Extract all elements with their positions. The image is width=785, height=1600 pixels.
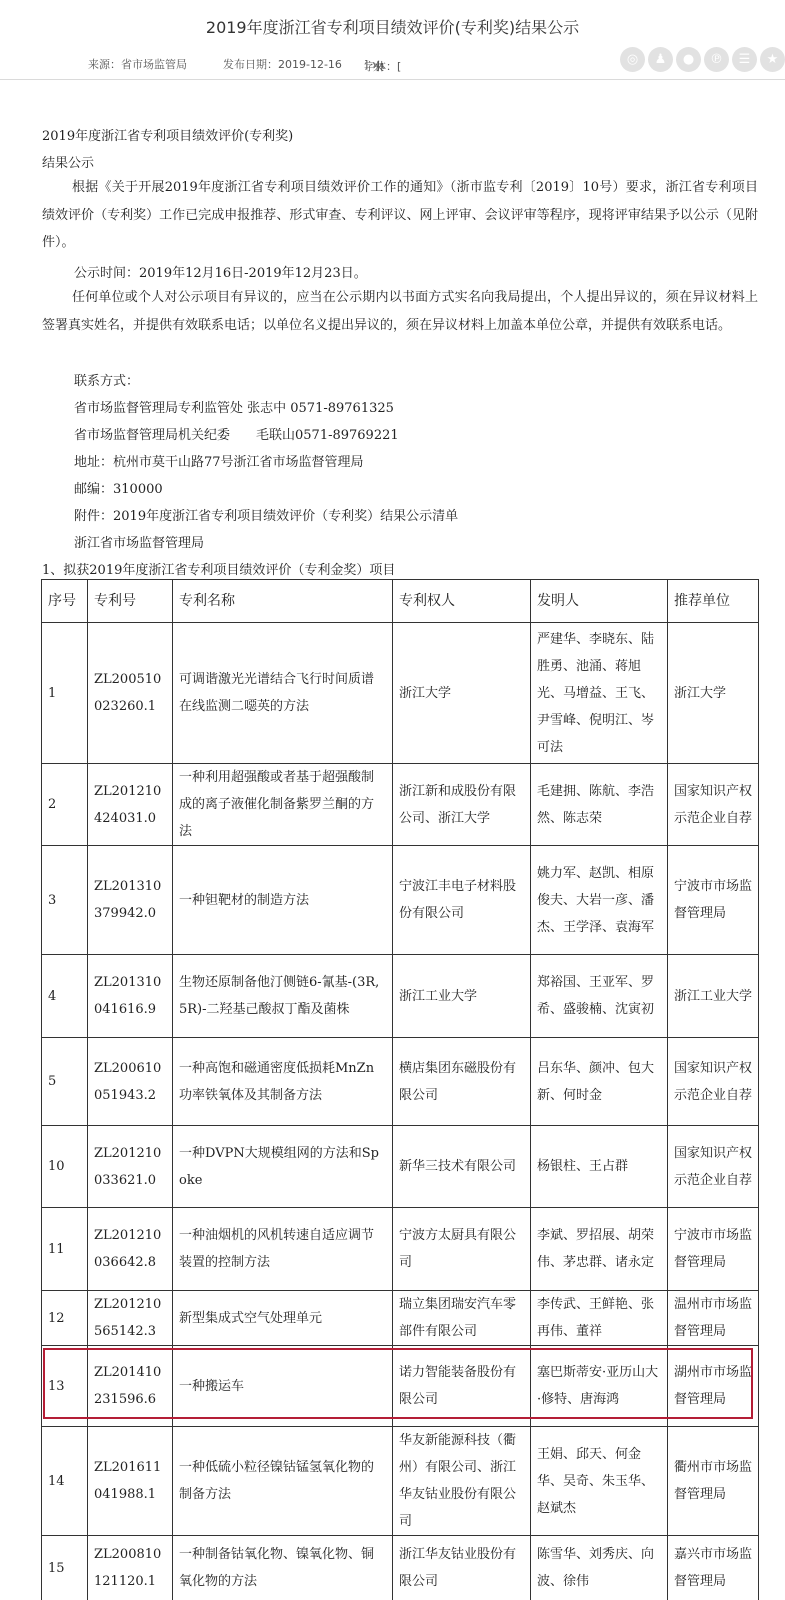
col-header-patent-name: 专利名称	[173, 580, 393, 623]
cell-patent-no: ZL200510023260.1	[88, 623, 173, 764]
cell-no: 12	[42, 1291, 88, 1346]
cell-no: 15	[42, 1536, 88, 1600]
cell-recommender: 浙江工业大学	[668, 955, 759, 1038]
qq-icon[interactable]: ♟	[648, 47, 673, 72]
cell-inventors: 塞巴斯蒂安·亚历山大·修特、唐海鸿	[531, 1346, 668, 1427]
col-header-holder: 专利权人	[393, 580, 531, 623]
contact-1: 省市场监督管理局专利监管处 张志中 0571-89761325	[74, 397, 394, 416]
table-row: 14ZL201611041988.1一种低硫小粒径镍钴锰氢氧化物的制备方法华友新…	[42, 1427, 759, 1536]
cell-patent-name: 新型集成式空气处理单元	[173, 1291, 393, 1346]
douban-icon[interactable]: ☰	[732, 47, 757, 72]
cell-holder: 宁波江丰电子材料股份有限公司	[393, 846, 531, 955]
font-size-close-bracket: ]	[364, 58, 368, 71]
cell-patent-name: 可调谐激光光谱结合飞行时间质谱在线监测二噁英的方法	[173, 623, 393, 764]
attachment-link[interactable]: 附件：2019年度浙江省专利项目绩效评价（专利奖）结果公示清单	[74, 505, 458, 524]
objection-paragraph: 任何单位或个人对公示项目有异议的，应当在公示期内以书面方式实名向我局提出，个人提…	[42, 284, 758, 339]
postcode: 邮编：310000	[74, 478, 163, 497]
cell-patent-name: 一种高饱和磁通密度低损耗MnZn功率铁氧体及其制备方法	[173, 1038, 393, 1126]
cell-recommender: 国家知识产权示范企业自荐	[668, 764, 759, 846]
table-header-row: 序号 专利号 专利名称 专利权人 发明人 推荐单位	[42, 580, 759, 623]
cell-no: 1	[42, 623, 88, 764]
pinterest-icon[interactable]: ℗	[704, 47, 729, 72]
table-row: 15ZL200810121120.1一种制备钴氧化物、镍氧化物、铜氧化物的方法浙…	[42, 1536, 759, 1600]
cell-holder: 浙江新和成股份有限公司、浙江大学	[393, 764, 531, 846]
cell-recommender: 国家知识产权示范企业自荐	[668, 1126, 759, 1208]
wechat-icon[interactable]: ●	[676, 47, 701, 72]
intro-paragraph: 根据《关于开展2019年度浙江省专利项目绩效评价工作的通知》（浙市监专利〔201…	[42, 174, 758, 257]
cell-inventors: 王娟、邱天、何金华、吴奇、朱玉华、赵斌杰	[531, 1427, 668, 1536]
cell-holder: 横店集团东磁股份有限公司	[393, 1038, 531, 1126]
cell-holder: 诺力智能装备股份有限公司	[393, 1346, 531, 1427]
issuer: 浙江省市场监督管理局	[74, 532, 204, 551]
cell-inventors: 毛建拥、陈航、李浩然、陈志荣	[531, 764, 668, 846]
cell-inventors: 郑裕国、王亚军、罗希、盛骏楠、沈寅初	[531, 955, 668, 1038]
cell-holder: 浙江工业大学	[393, 955, 531, 1038]
cell-patent-name: 一种低硫小粒径镍钴锰氢氧化物的制备方法	[173, 1427, 393, 1536]
table-row-highlighted: 13ZL201410231596.6一种搬运车诺力智能装备股份有限公司塞巴斯蒂安…	[42, 1346, 759, 1427]
cell-recommender: 嘉兴市市场监督管理局	[668, 1536, 759, 1600]
cell-patent-no: ZL201210036642.8	[88, 1208, 173, 1291]
cell-no: 3	[42, 846, 88, 955]
cell-recommender: 温州市市场监督管理局	[668, 1291, 759, 1346]
cell-inventors: 吕东华、颜冲、包大新、何时金	[531, 1038, 668, 1126]
patent-table: 序号 专利号 专利名称 专利权人 发明人 推荐单位 1ZL20051002326…	[41, 579, 759, 1600]
cell-patent-no: ZL201310041616.9	[88, 955, 173, 1038]
cell-patent-no: ZL201210033621.0	[88, 1126, 173, 1208]
cell-patent-name: 一种利用超强酸或者基于超强酸制成的离子液催化制备紫罗兰酮的方法	[173, 764, 393, 846]
cell-holder: 宁波方太厨具有限公司	[393, 1208, 531, 1291]
cell-holder: 华友新能源科技（衢州）有限公司、浙江华友钴业股份有限公司	[393, 1427, 531, 1536]
source-label: 来源：省市场监管局	[88, 56, 187, 72]
cell-patent-no: ZL200610051943.2	[88, 1038, 173, 1126]
contact-2: 省市场监督管理局机关纪委 毛联山0571-89769221	[74, 424, 399, 443]
publicity-period: 公示时间：2019年12月16日-2019年12月23日。	[74, 262, 367, 281]
cell-patent-name: 一种钽靶材的制造方法	[173, 846, 393, 955]
cell-no: 2	[42, 764, 88, 846]
table-row: 5ZL200610051943.2一种高饱和磁通密度低损耗MnZn功率铁氧体及其…	[42, 1038, 759, 1126]
cell-recommender: 宁波市市场监督管理局	[668, 1208, 759, 1291]
cell-patent-no: ZL201410231596.6	[88, 1346, 173, 1427]
cell-inventors: 严建华、李晓东、陆胜勇、池涌、蒋旭光、马增益、王飞、尹雪峰、倪明江、岑可法	[531, 623, 668, 764]
font-size-small-button[interactable]: 小	[373, 58, 384, 74]
cell-patent-name: 一种DVPN大规模组网的方法和Spoke	[173, 1126, 393, 1208]
cell-holder: 新华三技术有限公司	[393, 1126, 531, 1208]
article-heading: 2019年度浙江省专利项目绩效评价(专利奖)	[42, 125, 293, 144]
cell-patent-no: ZL201310379942.0	[88, 846, 173, 955]
table-row: 2ZL201210424031.0一种利用超强酸或者基于超强酸制成的离子液催化制…	[42, 764, 759, 846]
col-header-no: 序号	[42, 580, 88, 623]
cell-recommender: 湖州市市场监督管理局	[668, 1346, 759, 1427]
table-row: 12ZL201210565142.3新型集成式空气处理单元瑞立集团瑞安汽车零部件…	[42, 1291, 759, 1346]
cell-patent-no: ZL201210424031.0	[88, 764, 173, 846]
cell-no: 11	[42, 1208, 88, 1291]
cell-recommender: 国家知识产权示范企业自荐	[668, 1038, 759, 1126]
table-row: 3ZL201310379942.0一种钽靶材的制造方法宁波江丰电子材料股份有限公…	[42, 846, 759, 955]
table-row: 1ZL200510023260.1可调谐激光光谱结合飞行时间质谱在线监测二噁英的…	[42, 623, 759, 764]
cell-patent-no: ZL201210565142.3	[88, 1291, 173, 1346]
cell-inventors: 杨银柱、王占群	[531, 1126, 668, 1208]
col-header-patent-no: 专利号	[88, 580, 173, 623]
header-divider	[0, 79, 785, 80]
favorite-icon[interactable]: ★	[760, 47, 785, 72]
contact-label: 联系方式：	[74, 370, 139, 389]
page-title: 2019年度浙江省专利项目绩效评价(专利奖)结果公示	[0, 15, 785, 38]
cell-patent-no: ZL201611041988.1	[88, 1427, 173, 1536]
table-row: 4ZL201310041616.9生物还原制备他汀侧链6-氰基-(3R,5R)-…	[42, 955, 759, 1038]
article-subheading: 结果公示	[42, 152, 94, 171]
cell-holder: 瑞立集团瑞安汽车零部件有限公司	[393, 1291, 531, 1346]
cell-no: 14	[42, 1427, 88, 1536]
cell-inventors: 李传武、王鲜艳、张再伟、董祥	[531, 1291, 668, 1346]
table-row: 11ZL201210036642.8一种油烟机的风机转速自适应调节装置的控制方法…	[42, 1208, 759, 1291]
col-header-inventors: 发明人	[531, 580, 668, 623]
cell-patent-name: 一种制备钴氧化物、镍氧化物、铜氧化物的方法	[173, 1536, 393, 1600]
cell-holder: 浙江大学	[393, 623, 531, 764]
cell-no: 13	[42, 1346, 88, 1427]
cell-patent-no: ZL200810121120.1	[88, 1536, 173, 1600]
col-header-recommender: 推荐单位	[668, 580, 759, 623]
address: 地址：杭州市莫干山路77号浙江省市场监督管理局	[74, 451, 364, 470]
cell-no: 10	[42, 1126, 88, 1208]
cell-no: 5	[42, 1038, 88, 1126]
cell-recommender: 浙江大学	[668, 623, 759, 764]
weibo-icon[interactable]: ◎	[620, 47, 645, 72]
cell-patent-name: 一种搬运车	[173, 1346, 393, 1427]
cell-inventors: 姚力军、赵凯、相原俊夫、大岩一彦、潘杰、王学泽、袁海军	[531, 846, 668, 955]
publish-date: 发布日期：2019-12-16	[223, 56, 342, 72]
cell-no: 4	[42, 955, 88, 1038]
cell-recommender: 衢州市市场监督管理局	[668, 1427, 759, 1536]
cell-inventors: 李斌、罗招展、胡荣伟、茅忠群、诸永定	[531, 1208, 668, 1291]
cell-inventors: 陈雪华、刘秀庆、向波、徐伟	[531, 1536, 668, 1600]
cell-patent-name: 一种油烟机的风机转速自适应调节装置的控制方法	[173, 1208, 393, 1291]
cell-recommender: 宁波市市场监督管理局	[668, 846, 759, 955]
table-row: 10ZL201210033621.0一种DVPN大规模组网的方法和Spoke新华…	[42, 1126, 759, 1208]
table-body: 1ZL200510023260.1可调谐激光光谱结合飞行时间质谱在线监测二噁英的…	[42, 623, 759, 1600]
section-title: 1、拟获2019年度浙江省专利项目绩效评价（专利金奖）项目	[42, 559, 395, 578]
cell-holder: 浙江华友钴业股份有限公司	[393, 1536, 531, 1600]
cell-patent-name: 生物还原制备他汀侧链6-氰基-(3R,5R)-二羟基己酸叔丁酯及菌株	[173, 955, 393, 1038]
